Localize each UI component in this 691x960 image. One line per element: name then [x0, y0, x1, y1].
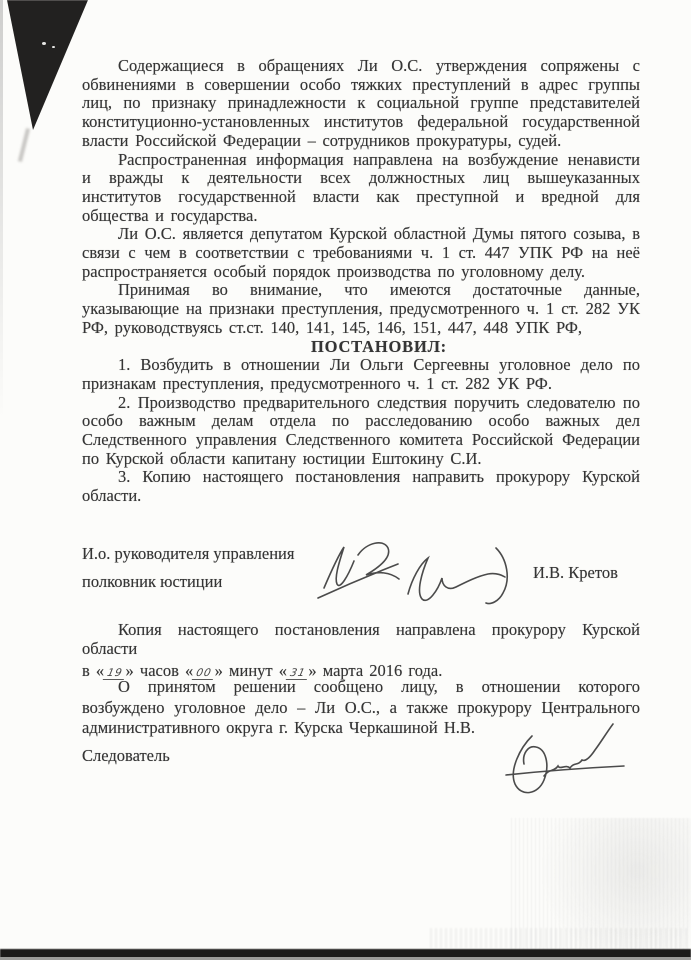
kretov-signature-icon: [310, 534, 522, 620]
scan-corner-tail-artifact: [18, 128, 30, 162]
body-paragraph: Ли О.С. является депутатом Курской облас…: [82, 225, 640, 281]
investigator-signature-icon: [494, 718, 650, 808]
investigator-label: Следователь: [82, 747, 170, 766]
scan-speck: [52, 46, 55, 48]
signatory-position-line: И.о. руководителя управления: [82, 545, 342, 564]
resolution-item: 2. Производство предварительного следств…: [82, 394, 640, 469]
signatory-position-line: полковник юстиции: [82, 573, 342, 592]
copy-note-line-1: Копия настоящего постановления направлен…: [82, 621, 640, 658]
signatory-name: И.В. Кретов: [533, 564, 618, 583]
scanned-document-page: Содержащиеся в обращениях Ли О.С. утверж…: [0, 0, 691, 960]
body-paragraph: Принимая во внимание, что имеются достат…: [82, 281, 640, 337]
document-body: Содержащиеся в обращениях Ли О.С. утверж…: [82, 57, 640, 506]
resolution-item: 3. Копию настоящего постановления направ…: [82, 468, 640, 505]
resolution-item: 1. Возбудить в отношении Ли Ольги Сергее…: [82, 356, 640, 393]
scan-speck: [42, 42, 46, 45]
copy-note: Копия настоящего постановления направлен…: [82, 621, 640, 681]
resolution-heading: ПОСТАНОВИЛ:: [82, 338, 640, 357]
body-paragraph: Содержащиеся в обращениях Ли О.С. утверж…: [82, 57, 640, 151]
page-edge-shadow: [0, 0, 3, 420]
scan-noise-artifact: [430, 928, 690, 948]
signatory-block: И.о. руководителя управления полковник ю…: [82, 545, 342, 592]
body-paragraph: Распространенная информация направлена н…: [82, 151, 640, 226]
